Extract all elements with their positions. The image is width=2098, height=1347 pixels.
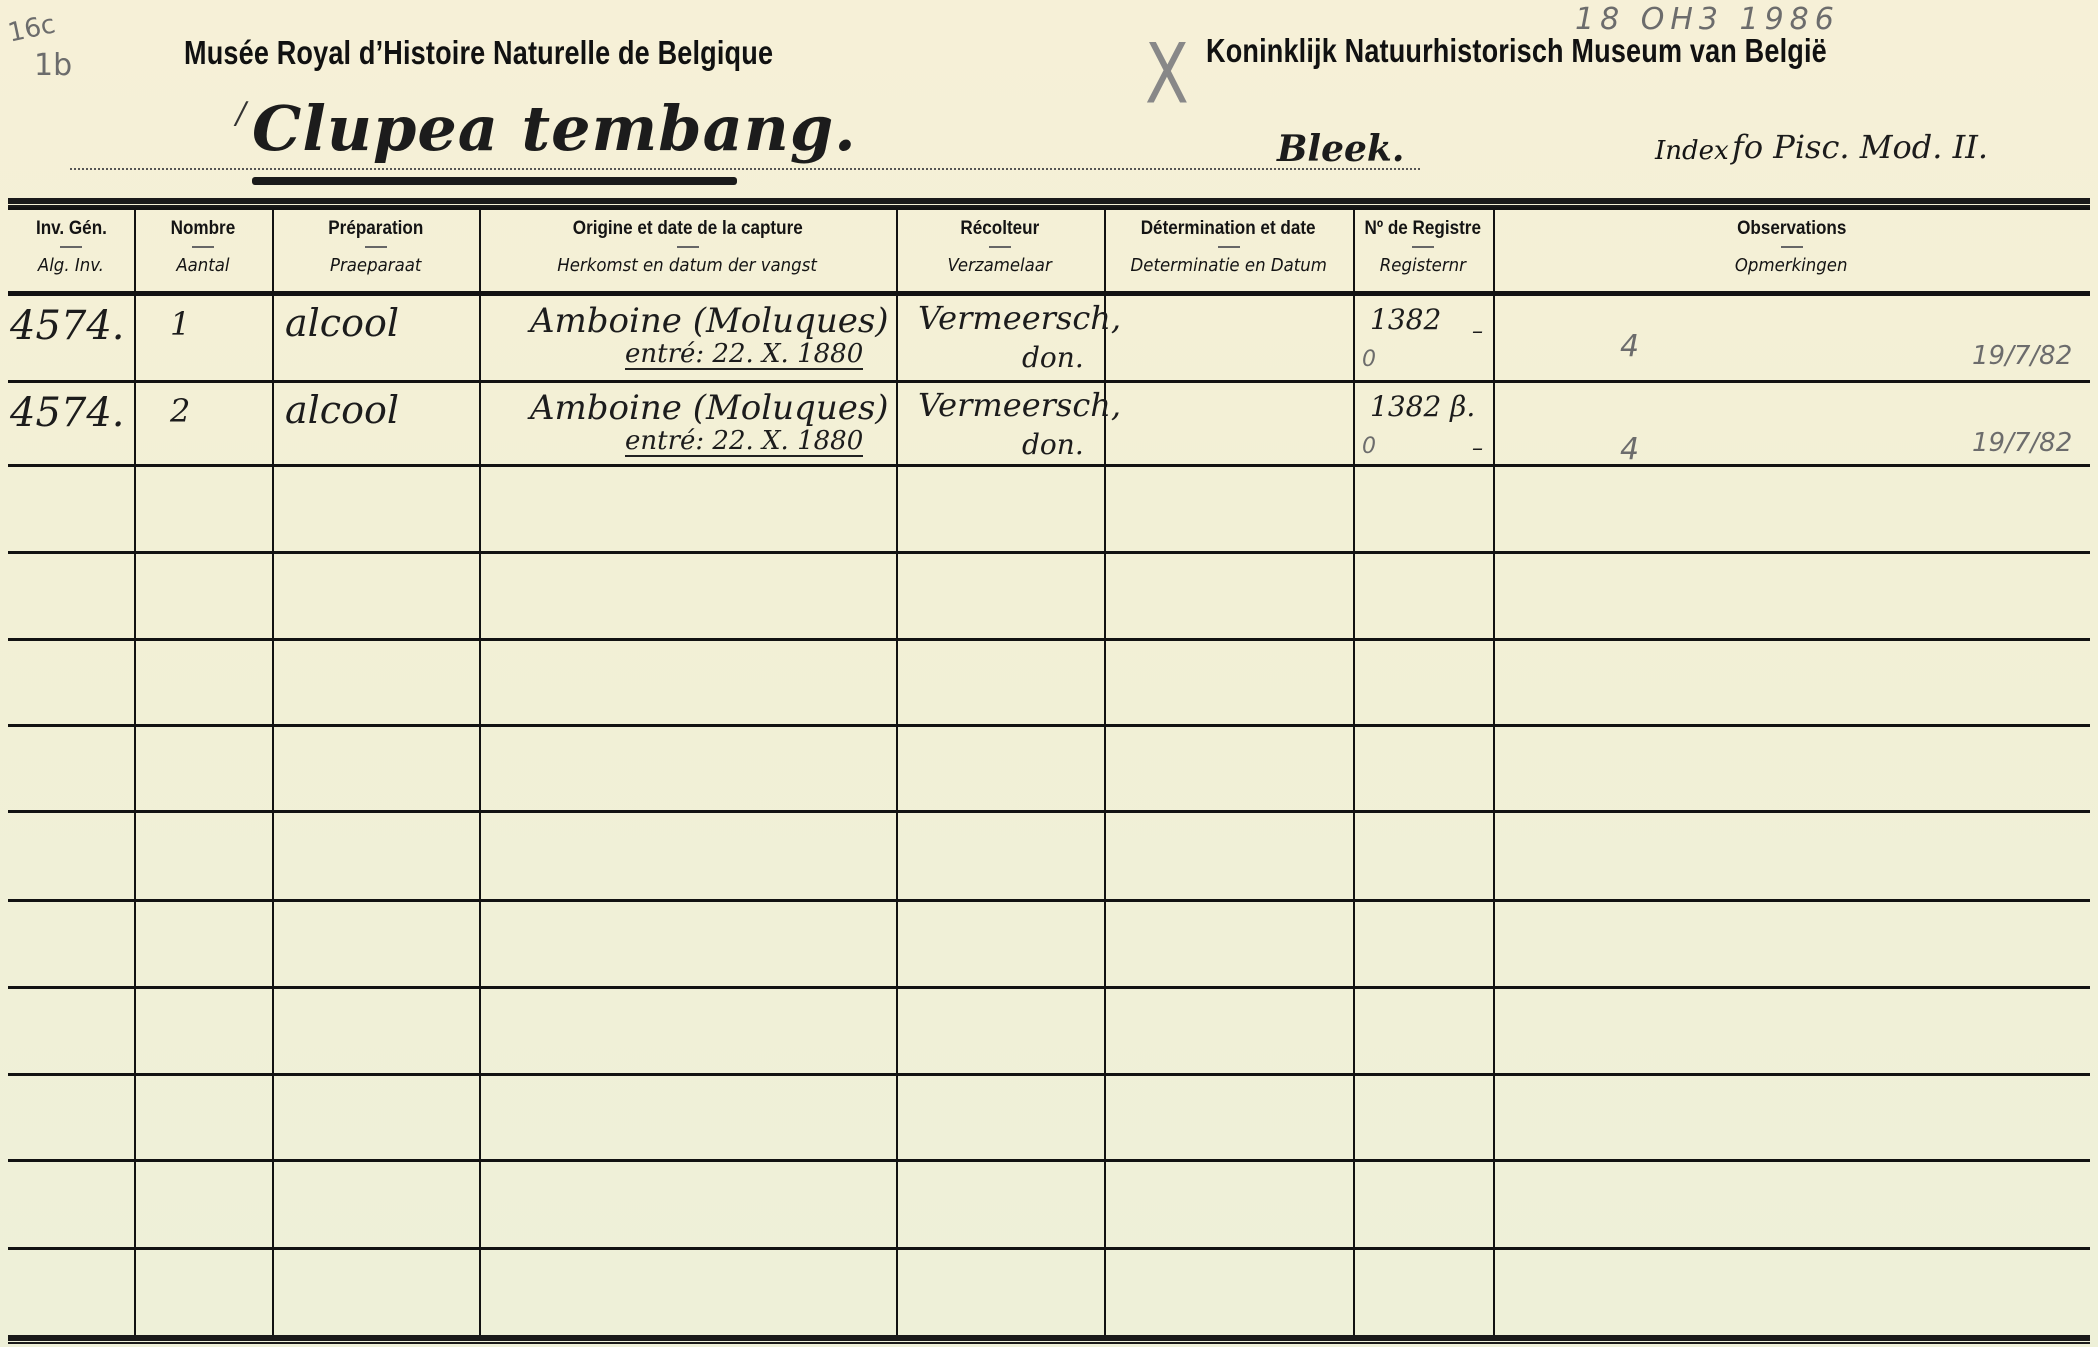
cell-inv-number: 4574.	[10, 303, 125, 349]
cell-register-number: 1382	[1370, 303, 1441, 336]
column-header: RécolteurVerzamelaar	[896, 218, 1104, 298]
column-header-separator	[677, 246, 699, 248]
column-header-separator	[1781, 246, 1803, 248]
cell-origin-locality: Amboine (Moluques)	[530, 301, 889, 341]
cell-register-code: 0	[1362, 434, 1376, 459]
column-divider	[1353, 210, 1355, 1335]
institution-title-nl: Koninklijk Natuurhistorisch Museum van B…	[1206, 32, 1827, 70]
column-header: Inv. Gén.Alg. Inv.	[8, 218, 134, 298]
row-rule	[8, 638, 2090, 641]
column-header-fr: Inv. Gén.	[36, 218, 107, 240]
column-header-fr: Nº de Registre	[1365, 218, 1481, 240]
column-divider	[1493, 210, 1495, 1335]
cell-origin-date: entré: 22. X. 1880	[625, 341, 863, 370]
cell-collector: Vermeersch,	[918, 299, 1121, 337]
cell-origin-locality: Amboine (Moluques)	[530, 388, 889, 428]
cell-observation-date: 19/7/82	[1972, 341, 2072, 371]
cell-count: 2	[170, 392, 190, 430]
cell-register-code: 0	[1362, 347, 1376, 372]
register-card: 16c 1b 18 OH3 1986 X Musée Royal d’Histo…	[0, 0, 2098, 1347]
pencil-note-shelf: 16c	[5, 9, 58, 48]
cell-collector-role: don.	[1022, 428, 1084, 461]
column-header: Origine et date de la captureHerkomst en…	[479, 218, 896, 298]
cell-observation-date: 19/7/82	[1972, 428, 2072, 458]
index-value: fo Pisc. Mod. II.	[1732, 128, 1988, 166]
column-header-separator	[365, 246, 387, 248]
cell-origin-date: entré: 22. X. 1880	[625, 428, 863, 457]
row-rule	[8, 810, 2090, 813]
row-rule	[8, 1073, 2090, 1076]
column-header-nl: Herkomst en datum der vangst	[558, 255, 818, 276]
species-name: Clupea tembang.	[252, 92, 857, 165]
pencil-note-shelf-sub: 1b	[34, 48, 72, 83]
row-rule	[8, 551, 2090, 554]
cell-collector: Vermeersch,	[918, 386, 1121, 424]
column-header-nl: Praeparaat	[330, 255, 421, 276]
cell-observation-mark: 4	[1620, 432, 1639, 467]
column-header-nl: Determinatie en Datum	[1130, 255, 1326, 276]
column-header-fr: Origine et date de la capture	[573, 218, 803, 240]
column-divider	[1104, 210, 1106, 1335]
cell-preparation: alcool	[285, 388, 399, 432]
species-dotted-line	[70, 168, 1420, 170]
column-divider	[134, 210, 136, 1335]
column-divider	[272, 210, 274, 1335]
cell-observation-mark: 4	[1620, 329, 1639, 364]
pencil-cross-mark: X	[1145, 27, 1189, 123]
column-header-separator	[989, 246, 1011, 248]
species-author: Bleek.	[1277, 128, 1404, 170]
institution-title-fr: Musée Royal d’Histoire Naturelle de Belg…	[184, 34, 773, 72]
column-header-nl: Verzamelaar	[948, 255, 1052, 276]
cell-register-number: 1382 β.	[1370, 390, 1475, 423]
row-rule	[8, 986, 2090, 989]
cell-register-dash: –	[1472, 319, 1483, 344]
row-rule	[8, 1247, 2090, 1250]
column-header: Détermination et dateDeterminatie en Dat…	[1104, 218, 1353, 298]
column-divider	[896, 210, 898, 1335]
column-header-fr: Récolteur	[961, 218, 1040, 240]
column-header-nl: Registernr	[1380, 255, 1466, 276]
row-rule	[8, 724, 2090, 727]
column-header-separator	[60, 246, 82, 248]
column-header-separator	[192, 246, 214, 248]
column-header-separator	[1412, 246, 1434, 248]
column-header-fr: Détermination et date	[1141, 218, 1316, 240]
species-underline	[252, 177, 737, 185]
table-bottom-double-rule	[8, 1335, 2090, 1345]
row-rule	[8, 380, 2090, 383]
column-header: Nº de RegistreRegisternr	[1353, 218, 1493, 298]
column-divider	[479, 210, 481, 1335]
column-header-separator	[1218, 246, 1240, 248]
row-rule	[8, 899, 2090, 902]
column-header-fr: Préparation	[328, 218, 423, 240]
column-header: PréparationPraeparaat	[272, 218, 479, 298]
column-header-nl: Opmerkingen	[1735, 255, 1848, 276]
column-header-nl: Alg. Inv.	[38, 255, 104, 276]
index-label: Index	[1655, 136, 1729, 166]
column-header: NombreAantal	[134, 218, 272, 298]
row-rule	[8, 464, 2090, 467]
species-prefix-mark: /	[236, 96, 246, 131]
table-top-rule-inner	[8, 207, 2090, 210]
column-header-fr: Observations	[1737, 218, 1846, 240]
column-header-fr: Nombre	[171, 218, 236, 240]
column-header: ObservationsOpmerkingen	[1493, 218, 2090, 298]
column-header-nl: Aantal	[176, 255, 229, 276]
cell-preparation: alcool	[285, 301, 399, 345]
cell-count: 1	[170, 305, 190, 343]
row-rule	[8, 1159, 2090, 1162]
cell-collector-role: don.	[1022, 341, 1084, 374]
cell-inv-number: 4574.	[10, 390, 125, 436]
cell-register-dash: –	[1472, 436, 1483, 461]
